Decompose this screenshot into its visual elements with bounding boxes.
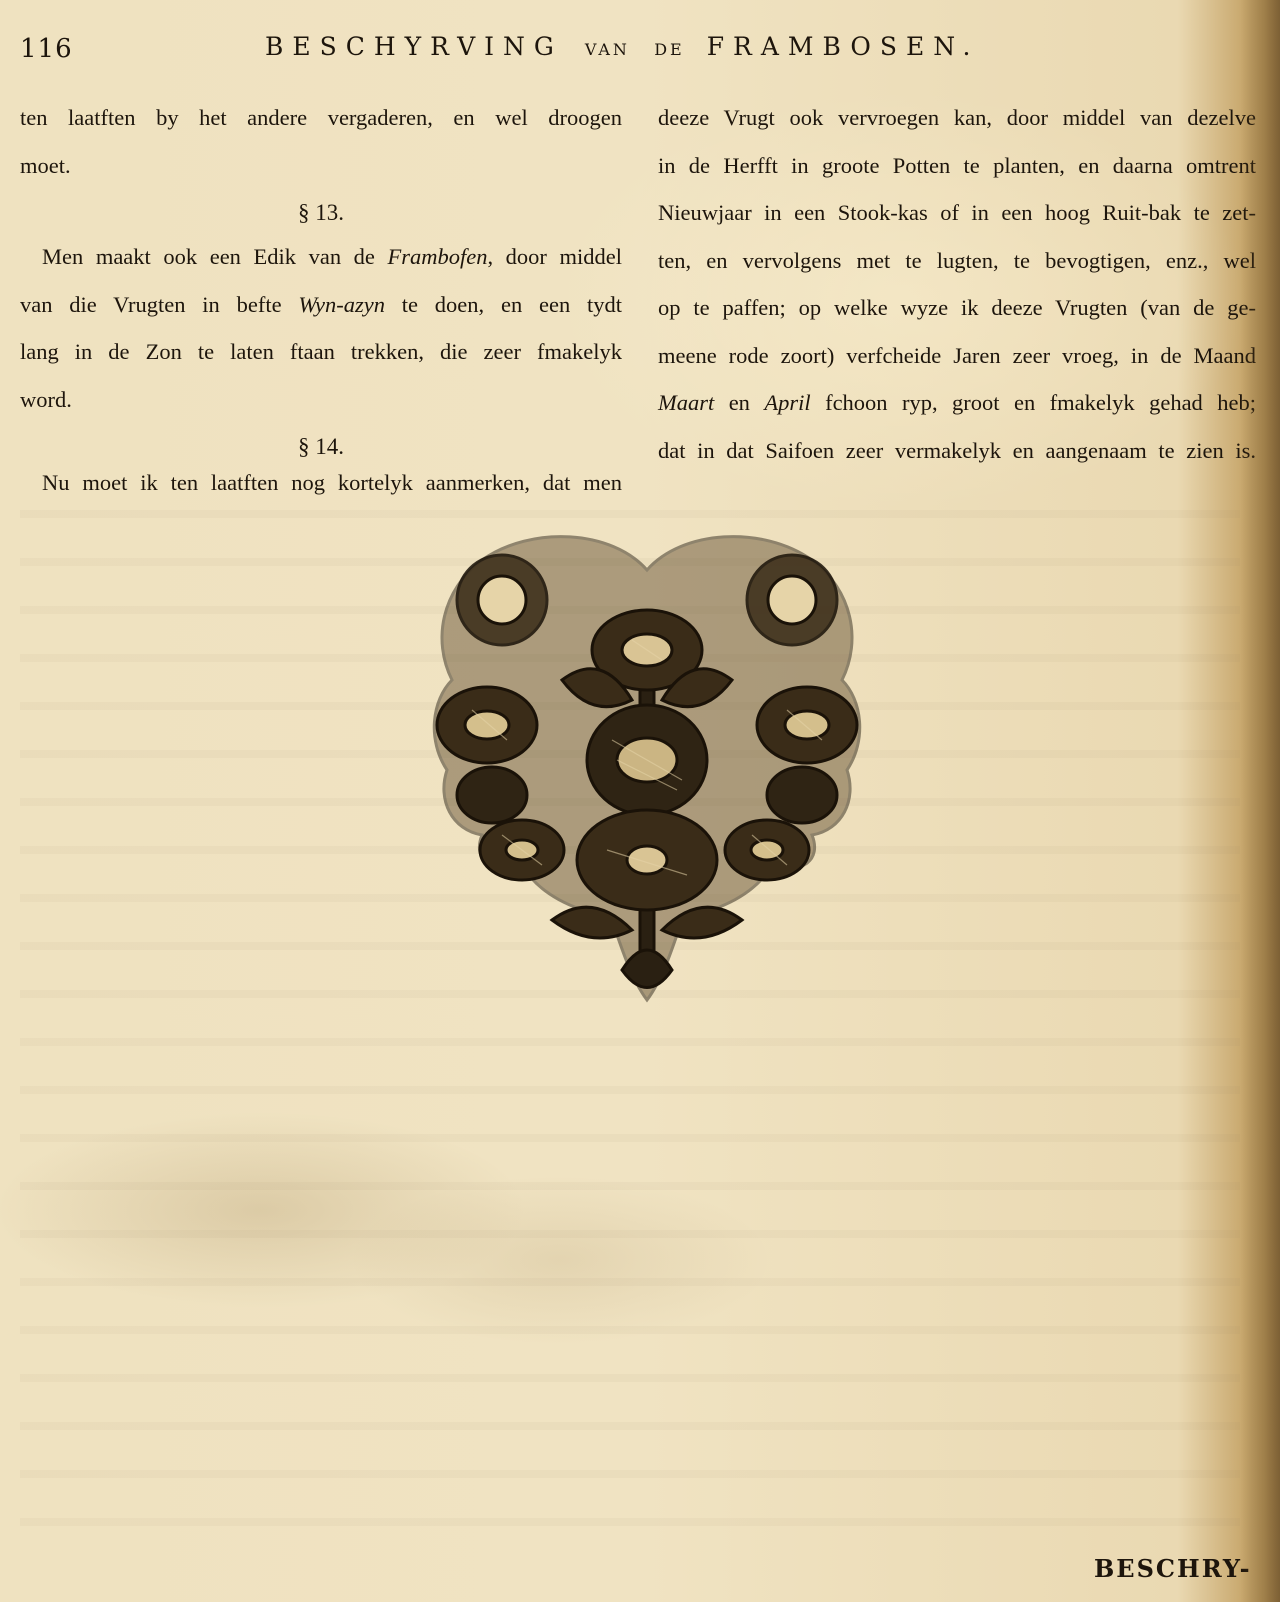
text-line: deeze Vrugt ook vervroegen kan, door mid…: [658, 94, 1256, 142]
text-line: meene rode zoort) verfcheide Jaren zeer …: [658, 332, 1256, 380]
title-word: FRAMBOSEN.: [707, 32, 980, 61]
text-line: op te paffen; op welke wyze ik deeze Vru…: [658, 284, 1256, 332]
page-edge-shadow: [1240, 0, 1280, 1602]
left-column: ten laatften by het andere vergaderen, e…: [20, 94, 622, 507]
text-line: Nieuwjaar in een Stook-kas of in een hoo…: [658, 189, 1256, 237]
text-line: ten laatften by het andere vergaderen, e…: [20, 94, 622, 142]
italic-term: Wyn-azyn: [298, 292, 385, 317]
text-line: ten, en vervolgens met te lugten, te bev…: [658, 237, 1256, 285]
text-line: van die Vrugten in befte Wyn-azyn te doe…: [20, 281, 622, 329]
italic-term: Frambofen: [387, 244, 487, 269]
text-line: moet.: [20, 142, 622, 190]
section-heading-13: § 13.: [20, 189, 622, 233]
text-line: dat in dat Saifoen zeer vermakelyk en aa…: [658, 427, 1256, 475]
title-word-small: VAN DE: [585, 40, 685, 59]
text-line: word.: [20, 376, 622, 424]
italic-term: Maart: [658, 390, 714, 415]
floral-ornament-icon: [432, 530, 862, 1010]
title-word: BESCHYRVING: [265, 32, 563, 61]
catchword: BESCHRY-: [1094, 1554, 1252, 1583]
text-line: in de Herfft in groote Potten te planten…: [658, 142, 1256, 190]
text-line: Maart en April fchoon ryp, groot en fmak…: [658, 379, 1256, 427]
text-line: Men maakt ook een Edik van de Frambofen,…: [20, 233, 622, 281]
running-head: 116 BESCHYRVINGVAN DEFRAMBOSEN.: [0, 30, 1280, 70]
right-column: deeze Vrugt ook vervroegen kan, door mid…: [658, 94, 1256, 474]
running-title: BESCHYRVINGVAN DEFRAMBOSEN.: [265, 32, 979, 61]
book-page: 116 BESCHYRVINGVAN DEFRAMBOSEN. ten laat…: [0, 0, 1280, 1602]
text-line: lang in de Zon te laten ftaan trekken, d…: [20, 328, 622, 376]
page-number: 116: [20, 34, 73, 64]
italic-term: April: [764, 390, 810, 415]
text-line: Nu moet ik ten laatften nog kortelyk aan…: [20, 459, 622, 507]
